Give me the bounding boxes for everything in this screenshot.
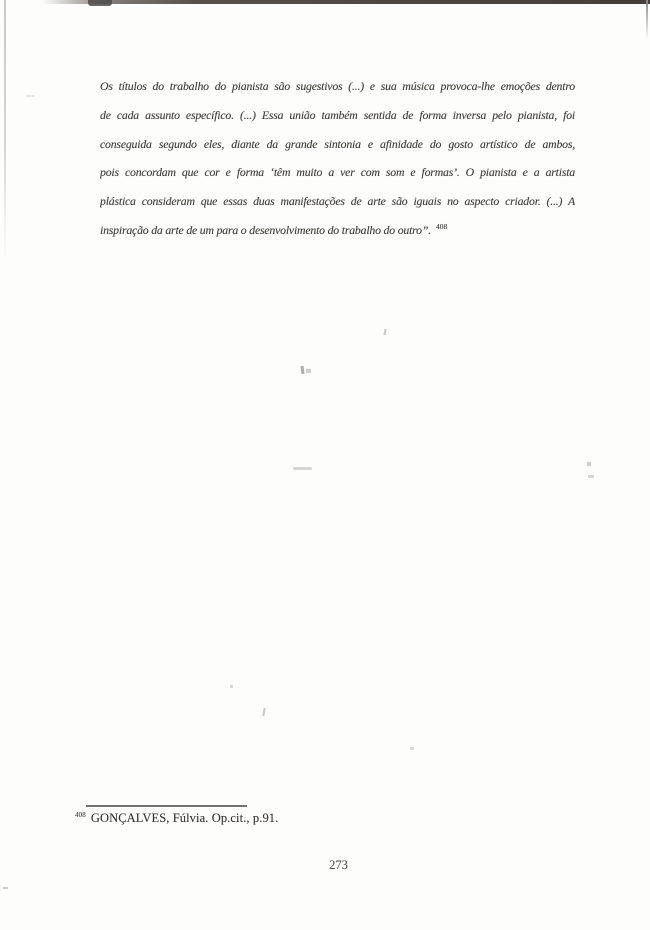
scan-speck (230, 685, 233, 688)
footnote-marker: 408 (75, 811, 86, 819)
scan-artifact-top-edge (42, 0, 650, 4)
scan-artifact-top-blob (88, 0, 112, 6)
scan-speck (588, 475, 594, 478)
quote-line-text: inspiração da arte de um para o desenvol… (100, 223, 431, 237)
scan-speck (587, 462, 591, 466)
quote-line: pois concordam que cor e forma ‘têm muit… (100, 158, 575, 187)
scan-artifact-right-edge (646, 0, 648, 40)
footnote-separator (86, 805, 247, 807)
scan-speck (300, 366, 304, 374)
scan-speck (306, 369, 311, 373)
quote-line: conseguida segundo eles, diante da grand… (100, 130, 575, 159)
quote-line: de cada assunto específico. (...) Essa u… (100, 101, 575, 130)
scan-speck (383, 329, 386, 335)
block-quote: Os títulos do trabalho do pianista são s… (100, 72, 575, 245)
scan-speck (293, 467, 312, 470)
footnote: 408GONÇALVES, Fúlvia. Op.cit., p.91. (75, 811, 278, 826)
document-page: Os títulos do trabalho do pianista são s… (0, 0, 650, 930)
page-number: 273 (0, 858, 650, 873)
scan-speck (26, 95, 35, 97)
scan-speck (262, 708, 265, 716)
footnote-text: GONÇALVES, Fúlvia. Op.cit., p.91. (91, 811, 279, 825)
quote-line: plástica consideram que essas duas manif… (100, 187, 575, 216)
scan-artifact-left-edge (4, 0, 6, 262)
footnote-reference: 408 (436, 222, 447, 231)
scan-speck (3, 887, 8, 889)
quote-line: inspiração da arte de um para o desenvol… (100, 216, 575, 245)
scan-speck (410, 747, 414, 750)
quote-line: Os títulos do trabalho do pianista são s… (100, 72, 575, 101)
